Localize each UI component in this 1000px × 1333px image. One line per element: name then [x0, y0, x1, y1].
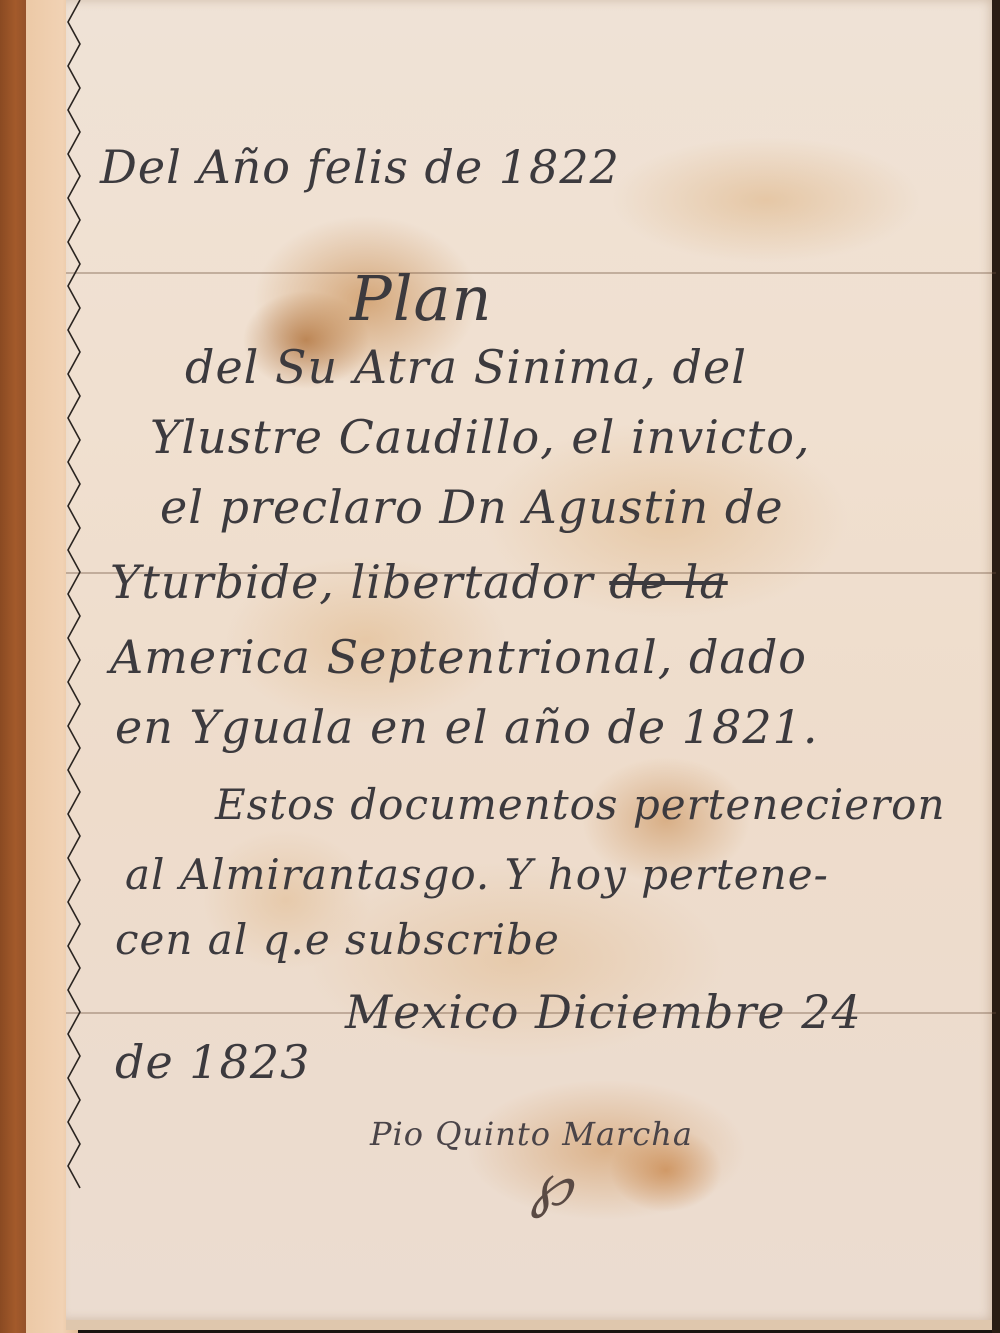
document-photo: Del Año felis de 1822 Plan del Su Atra S…	[0, 0, 1000, 1333]
document-title: Plan	[350, 262, 492, 335]
signature-rubric: ℘	[530, 1150, 572, 1220]
struck-text: de la	[609, 555, 727, 609]
header-line: Del Año felis de 1822	[100, 140, 620, 194]
note-line: cen al q.e subscribe	[115, 915, 560, 964]
body-line: el preclaro Dn Agustin de	[160, 480, 784, 534]
note-line: al Almirantasgo. Y hoy pertene-	[125, 850, 829, 899]
body-line: Ylustre Caudillo, el invicto,	[150, 410, 811, 464]
body-line: del Su Atra Sinima, del	[185, 340, 747, 394]
date-line: de 1823	[115, 1035, 310, 1089]
body-line: America Septentrional, dado	[110, 630, 807, 684]
page-edge-shadow	[992, 0, 1000, 1333]
cardboard-backing	[0, 0, 26, 1333]
body-line: en Yguala en el año de 1821.	[115, 700, 818, 754]
date-line: Mexico Diciembre 24	[345, 985, 862, 1039]
binding-stitch	[62, 0, 84, 1190]
signature-name: Pio Quinto Marcha	[370, 1115, 693, 1153]
note-line: Estos documentos pertenecieron	[215, 780, 946, 829]
body-line: Yturbide, libertador de la	[110, 555, 728, 609]
fold-line	[66, 272, 996, 274]
body-line-text: Yturbide, libertador	[110, 555, 594, 609]
